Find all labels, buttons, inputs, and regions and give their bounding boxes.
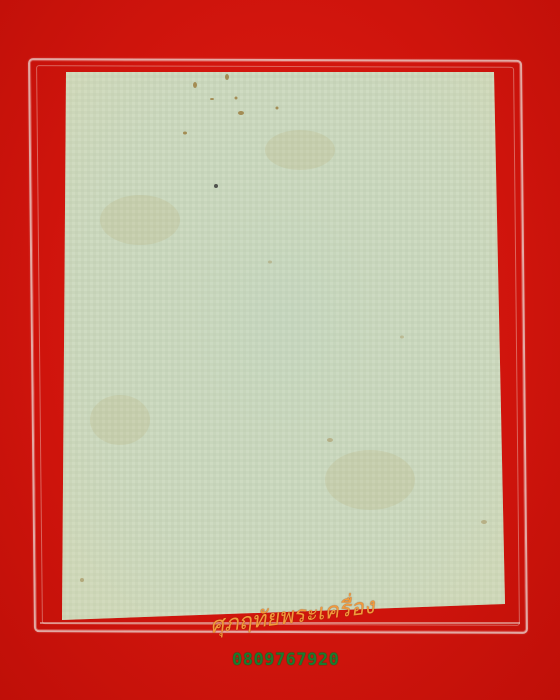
phone-number-watermark: 0809767920 bbox=[232, 650, 362, 670]
amulet-paper-sheet bbox=[0, 0, 560, 700]
